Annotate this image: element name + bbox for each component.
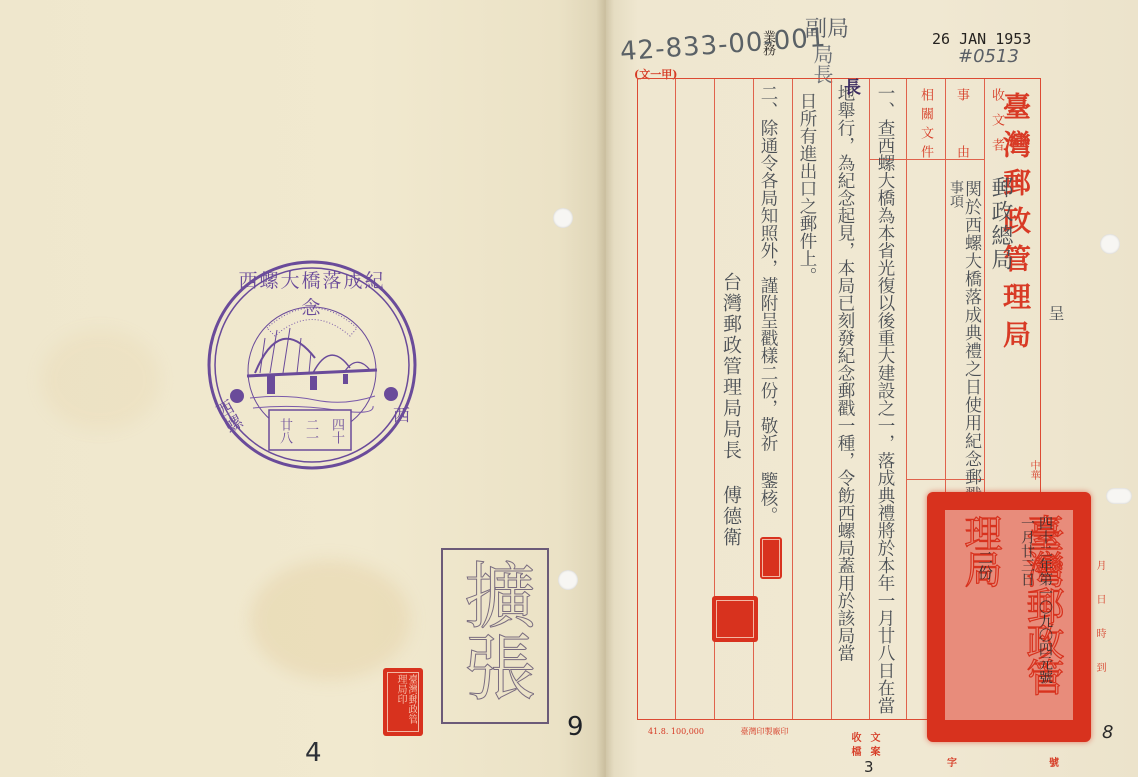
box-stamp-text: 擴張 [451,558,537,702]
date-line: 四十 [329,418,343,444]
margin-note: 業務 [758,30,777,56]
enlargement-box-stamp: 擴張 [441,548,549,724]
seal-text: 臺灣郵政管理局印 [389,674,417,730]
recipient-value: 郵政總局 [985,176,1016,272]
body-left-note: 長 [838,78,863,95]
printer-name: 臺灣印製廠印 [741,727,789,736]
paper-stain [250,560,410,680]
commemorative-postmark: 西螺大橋落成紀念 西螺 西 四十 二一 廿八 [205,258,419,472]
subject-value: 関於西螺大橋落成典禮之日使用紀念郵戳 [962,180,980,504]
punch-hole [553,208,573,228]
footer-receipt-label: 收檔 [847,732,862,760]
page-number-left: 4 [305,738,322,768]
footer-print-info: 41.8. 100,000 臺灣印製廠印 [648,726,789,737]
label-recipient: 收文者 [987,88,1006,163]
punch-hole [558,570,578,590]
signature-line: 台灣郵政管理局局長 傅德衛 [720,272,741,548]
footer-char-label: 字 [947,754,957,769]
date-line: 二一 [303,418,317,444]
postmark-date-box: 四十 二一 廿八 [271,414,349,448]
paper-stain [40,330,160,430]
registry-seal-characters: 臺灣郵政管理局 [949,514,1073,720]
registry-stamp-inner: 臺灣郵政管理局 四十二年第一〇九〇四元號 一月廿三日 二份 [945,510,1073,720]
footer-number-label: 號 [1049,754,1059,769]
registry-copies: 二份 [975,550,996,580]
footer-file-label: 文案 [866,732,881,760]
body-line-4: 二、除通令各局知照外，謹附呈戳樣二份，敬祈 鑒核。 [758,84,778,524]
approval-seal [760,537,782,579]
registry-handwritten-ref: 四十二年第一〇九〇四元號 [1037,516,1053,684]
date-line: 廿八 [277,418,291,444]
body-line-3: 日所有進出口之郵件上。 [797,92,817,285]
body-line-2: 地舉行，為紀念起見，本局已刻發紀念郵戳一種，令飭西螺局蓋用於該局當 [835,84,855,724]
print-run: 41.8. 100,000 [648,727,704,736]
left-page: 西螺大橋落成紀念 西螺 西 四十 二一 廿八 擴張 臺灣郵政管理局印 4 9 [0,0,606,777]
book-gutter [596,0,614,777]
postmark-ring-text: 西螺大橋落成紀念 [233,266,391,320]
label-china: 中華 [1026,460,1041,480]
label-related-docs: 相關文件 [916,88,935,164]
body-line-1: 一、查西螺大橋為本省光復以後重大建設之一，落成典禮將於本年一月廿八日在當 [875,84,895,724]
punch-hole [1106,488,1132,504]
postmark-side-right: 西 [387,406,412,423]
file-number: 3 [864,758,874,776]
footer-side-labels: 月日時到 [1092,560,1107,696]
page-number-right: 8 [1102,722,1113,743]
page-number-9: 9 [567,712,584,742]
director-seal [712,596,758,642]
registry-date: 一月廿三日 [1017,516,1037,586]
serial-note: #0513 [958,46,1019,67]
handwritten-header: 副局 [805,12,849,43]
punch-hole [1100,234,1120,254]
official-seal: 臺灣郵政管理局印 [383,668,423,736]
issuer-suffix: 呈 [1044,305,1067,321]
registry-stamp: 臺灣郵政管理局 四十二年第一〇九〇四元號 一月廿三日 二份 [927,492,1091,742]
